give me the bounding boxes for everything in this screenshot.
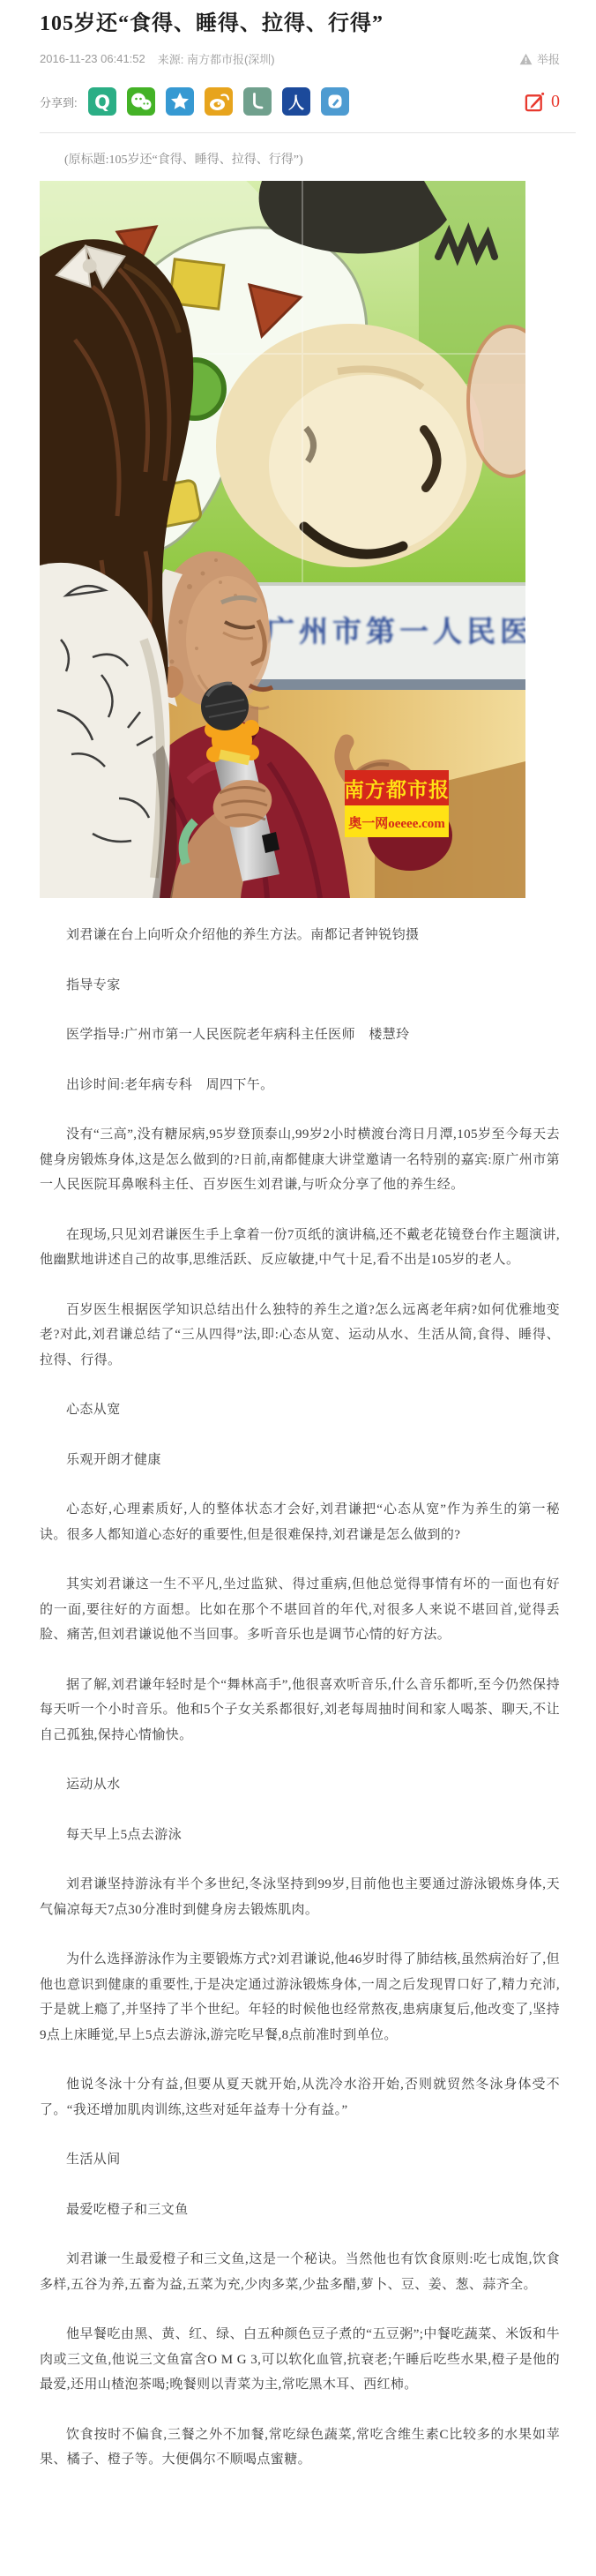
share-row: 分享到: Q人 0: [40, 86, 560, 116]
qq-icon: Q: [88, 87, 116, 116]
watermark: 南方都市报 奥一网oeeee.com: [344, 770, 450, 837]
photo-caption: 刘君谦在台上向听众介绍他的养生方法。南都记者钟锐钧摄: [40, 923, 560, 948]
share-wechat-button[interactable]: [127, 87, 155, 116]
section-subheading: 每天早上5点去游泳: [40, 1823, 560, 1848]
photo-canvas: 广州市第一人民医院: [40, 181, 525, 898]
article-paragraph: 刘君谦一生最爱橙子和三文鱼,这是一个秘诀。当然他也有饮食原则:吃七成饱,饮食多样…: [40, 2247, 560, 2297]
section-subheading: 乐观开朗才健康: [40, 1448, 560, 1473]
screen-text: 广州市第一人民医院: [265, 616, 525, 648]
share-youdao-button[interactable]: [321, 87, 349, 116]
share-icon-list: Q人: [88, 87, 349, 116]
comment-pen-icon: [524, 91, 546, 113]
article-paragraph: 出诊时间:老年病专科 周四下午。: [40, 1073, 560, 1098]
article-photo: 广州市第一人民医院: [40, 181, 560, 898]
report-label: 举报: [537, 50, 560, 67]
article-body: 刘君谦在台上向听众介绍他的养生方法。南都记者钟锐钧摄指导专家医学指导:广州市第一…: [40, 923, 560, 2473]
article-paragraph: 为什么选择游泳作为主要锻炼方式?刘君谦说,他46岁时得了肺结核,虽然病治好了,但…: [40, 1947, 560, 2048]
article-page: 105岁还“食得、睡得、拉得、行得” 2016-11-23 06:41:52 来…: [0, 9, 596, 2524]
watermark-oeeee: 奥一网oeeee.com: [348, 815, 445, 831]
renren-icon: 人: [282, 87, 310, 116]
article-paragraph: 饮食按时不偏食,三餐之外不加餐,常吃绿色蔬菜,常吃含维生素C比较多的水果如苹果、…: [40, 2422, 560, 2473]
meta-row: 2016-11-23 06:41:52 来源: 南方都市报(深圳) 举报: [40, 50, 560, 67]
share-renren-button[interactable]: 人: [282, 87, 310, 116]
publish-time: 2016-11-23 06:41:52: [40, 52, 145, 65]
share-label: 分享到:: [40, 94, 78, 110]
weibo-icon: [205, 87, 233, 116]
share-qzone-button[interactable]: [166, 87, 194, 116]
yixin-icon: [243, 87, 272, 116]
comment-button[interactable]: 0: [524, 91, 560, 113]
section-heading: 心态从宽: [40, 1397, 560, 1423]
original-title: (原标题:105岁还“食得、睡得、拉得、行得”): [40, 151, 560, 170]
article-paragraph: 百岁医生根据医学知识总结出什么独特的养生之道?怎么远离老年病?如何优雅地变老?对…: [40, 1298, 560, 1374]
article-paragraph: 他早餐吃由黑、黄、红、绿、白五种颜色豆子煮的“五豆粥”;中餐吃蔬菜、米饭和牛肉或…: [40, 2322, 560, 2398]
svg-text:人: 人: [288, 94, 304, 113]
youdao-icon: [321, 87, 349, 116]
article-paragraph: 没有“三高”,没有糖尿病,95岁登顶泰山,99岁2小时横渡台湾日月潭,105岁至…: [40, 1122, 560, 1198]
qzone-icon: [166, 87, 194, 116]
article-paragraph: 其实刘君谦这一生不平凡,坐过监狱、得过重病,但他总觉得事情有坏的一面也有好的一面…: [40, 1572, 560, 1648]
comment-count: 0: [551, 93, 560, 110]
article-paragraph: 他说冬泳十分有益,但要从夏天就开始,从洗冷水浴开始,否则就贸然冬泳身体受不了。“…: [40, 2072, 560, 2123]
article-paragraph: 刘君谦坚持游泳有半个多世纪,冬泳坚持到99岁,目前他也主要通过游泳锻炼身体,天气…: [40, 1872, 560, 1922]
article-paragraph: 在现场,只见刘君谦医生手上拿着一份7页纸的演讲稿,还不戴老花镜登台作主题演讲,他…: [40, 1223, 560, 1273]
section-heading: 指导专家: [40, 973, 560, 999]
watermark-nandu: 南方都市报: [344, 778, 450, 801]
section-subheading: 最爱吃橙子和三文鱼: [40, 2198, 560, 2223]
report-button[interactable]: 举报: [519, 50, 560, 67]
share-qq-button[interactable]: Q: [88, 87, 116, 116]
article-paragraph: 据了解,刘君谦年轻时是个“舞林高手”,他很喜欢听音乐,什么音乐都听,至今仍然保持…: [40, 1673, 560, 1749]
wechat-icon: [127, 87, 155, 116]
svg-text:Q: Q: [94, 92, 110, 113]
page-title: 105岁还“食得、睡得、拉得、行得”: [40, 9, 560, 39]
section-heading: 生活从间: [40, 2147, 560, 2173]
share-yixin-button[interactable]: [243, 87, 272, 116]
source-label: 来源: 南方都市报(深圳): [158, 50, 275, 67]
divider: [40, 132, 576, 133]
article-paragraph: 心态好,心理素质好,人的整体状态才会好,刘君谦把“心态从宽”作为养生的第一秘诀。…: [40, 1497, 560, 1547]
article-paragraph: 医学指导:广州市第一人民医院老年病科主任医师 楼慧玲: [40, 1022, 560, 1048]
section-heading: 运动从水: [40, 1772, 560, 1798]
warning-triangle-icon: [519, 53, 533, 65]
share-weibo-button[interactable]: [205, 87, 233, 116]
